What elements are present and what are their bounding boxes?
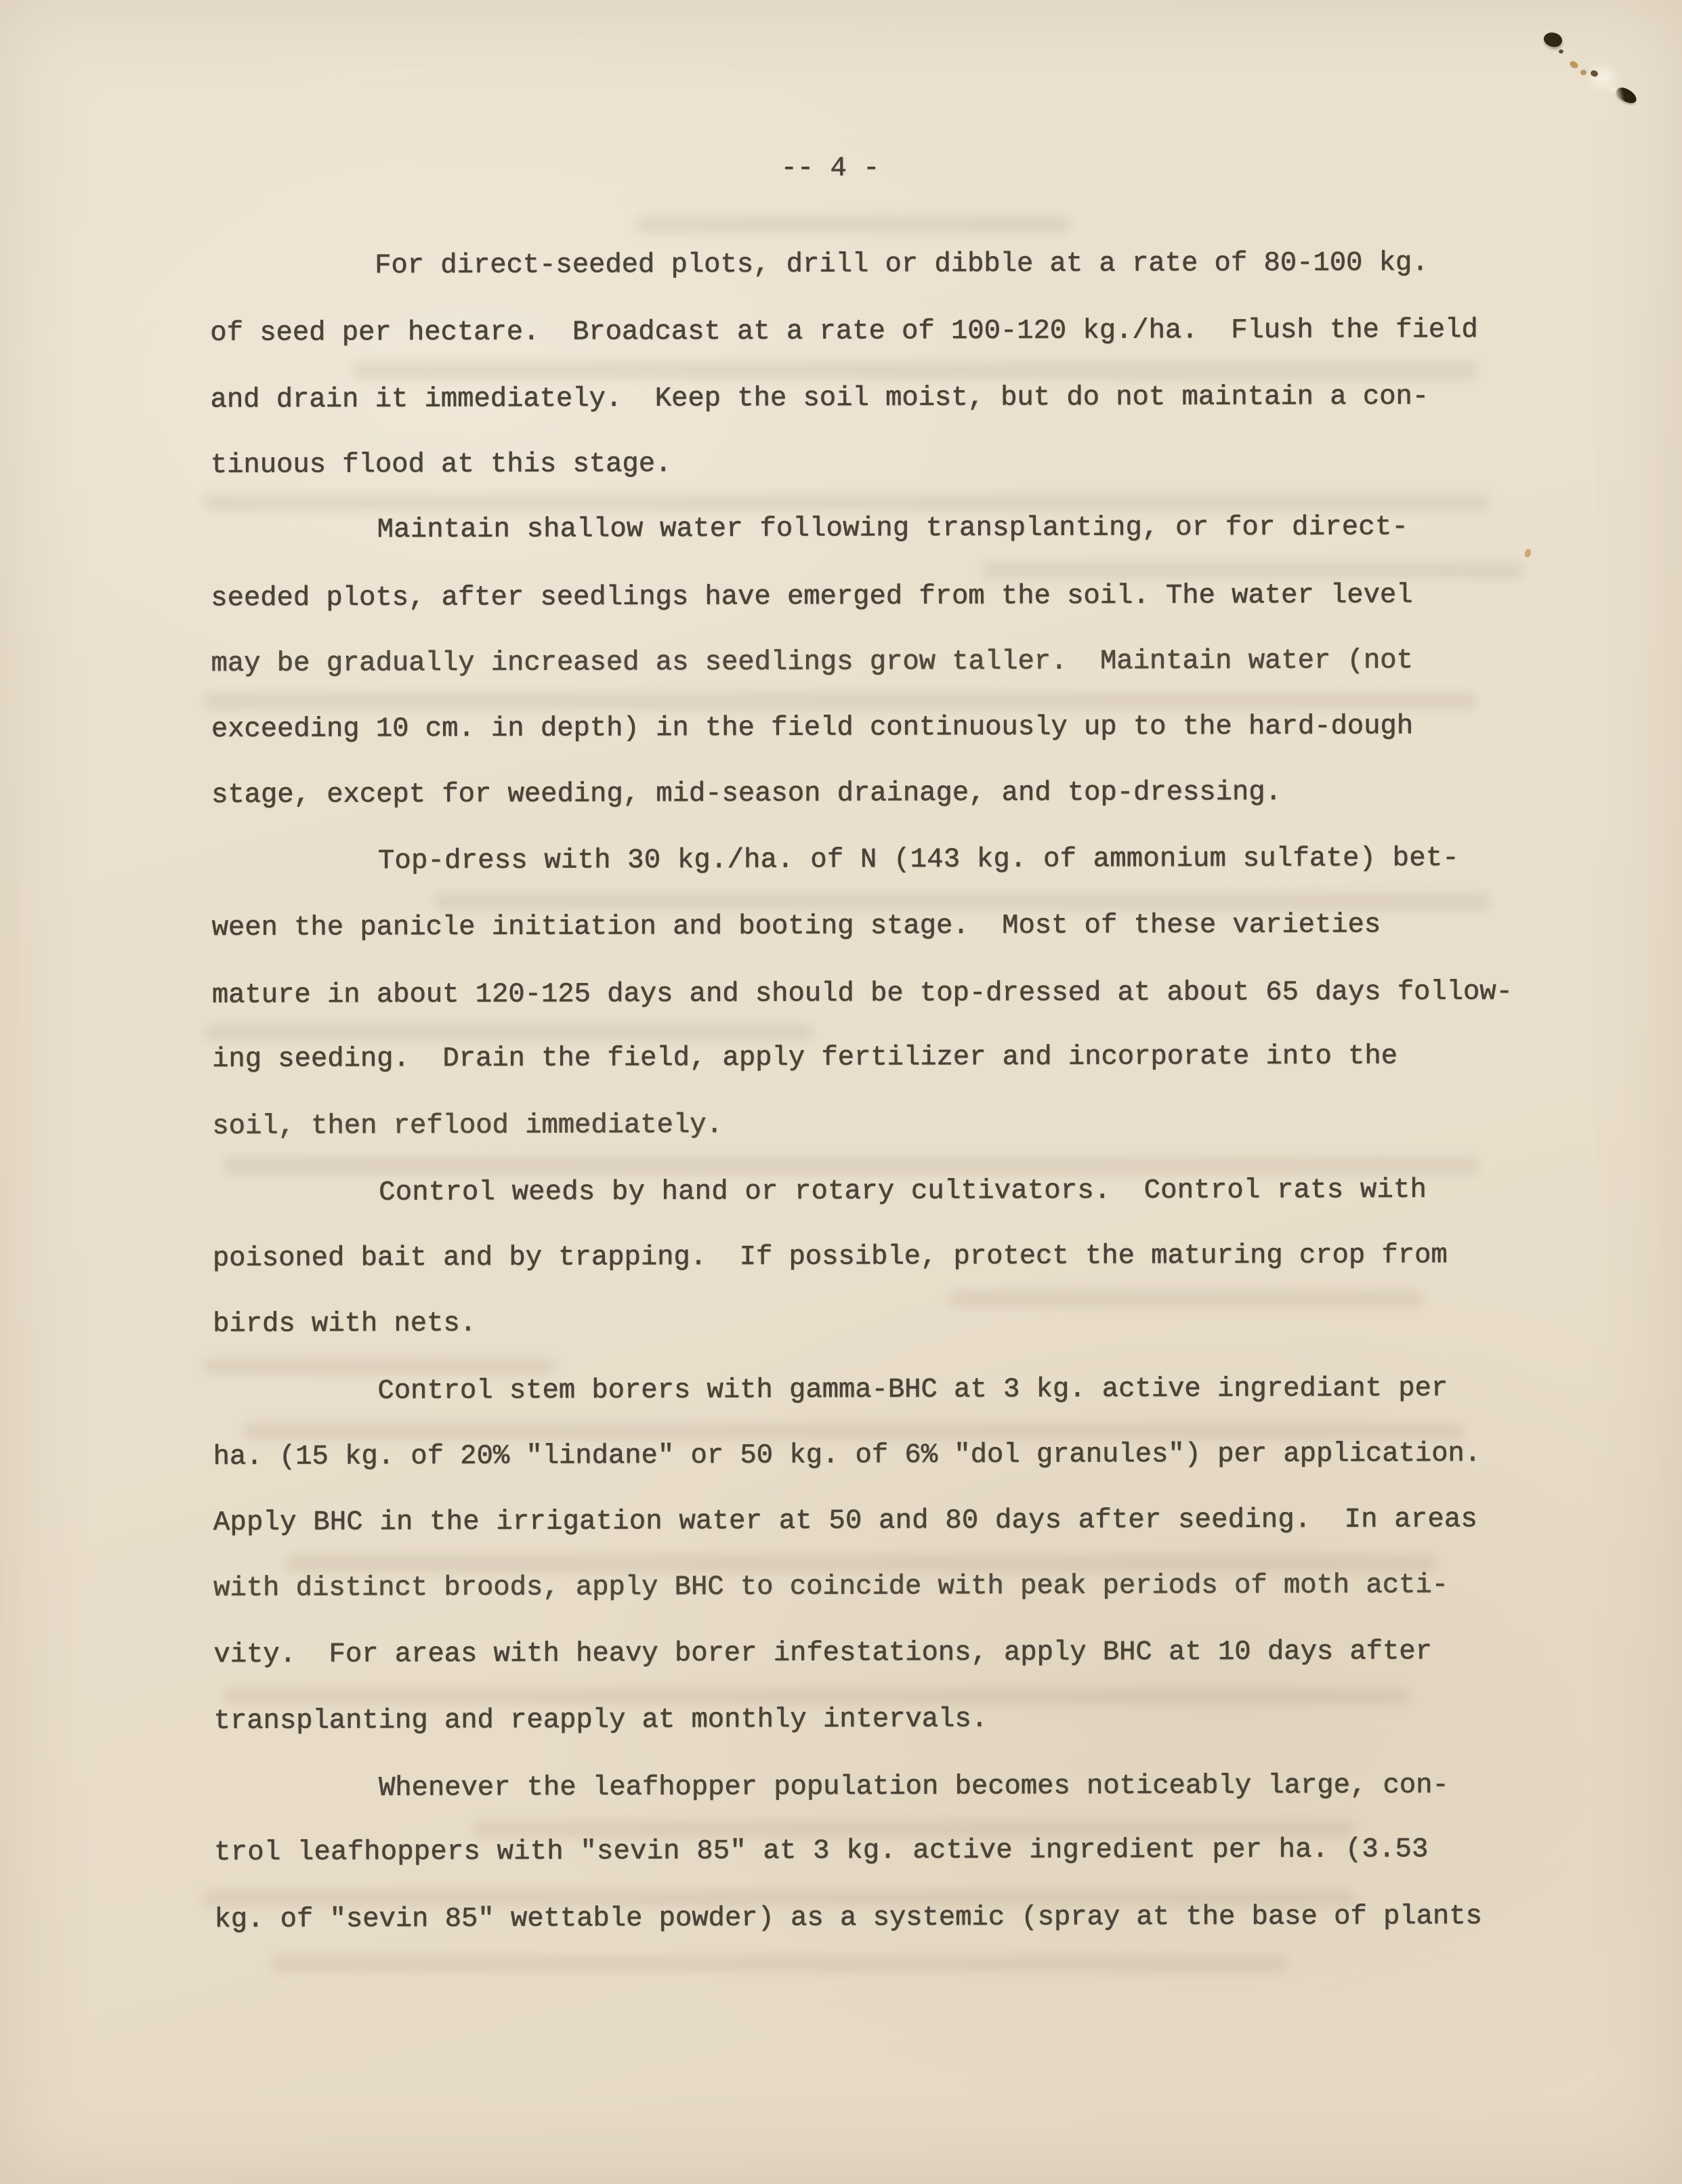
text-line: ween the panicle initiation and booting … [212, 892, 1513, 962]
text-line: birds with nets. [213, 1288, 1513, 1358]
text-line: of seed per hectare. Broadcast at a rate… [210, 297, 1511, 367]
text-line: may be gradually increased as seedlings … [211, 628, 1512, 698]
ink-smudge-highlight [1605, 83, 1618, 95]
page-number: -- 4 - [0, 153, 1671, 184]
text-line: Control weeds by hand or rotary cultivat… [213, 1158, 1513, 1227]
text-line: ing seeding. Drain the field, apply fert… [212, 1024, 1513, 1093]
text-line: poisoned bait and by trapping. If possib… [213, 1223, 1513, 1293]
ink-smudge-blob [1614, 84, 1639, 106]
text-line: exceeding 10 cm. in depth) in the field … [211, 694, 1512, 763]
text-line: mature in about 120-125 days and should … [212, 959, 1513, 1029]
text-line: Apply BHC in the irrigation water at 50 … [213, 1487, 1514, 1557]
text-line: soil, then reflood immediately. [212, 1091, 1513, 1160]
text-line: seeded plots, after seedlings have emerg… [211, 562, 1511, 632]
ink-smudge-dot [1559, 49, 1563, 54]
text-line: Top-dress with 30 kg./ha. of N (143 kg. … [211, 826, 1512, 896]
bleed-through-artifact [637, 215, 1070, 233]
document-body: For direct-seeded plots, drill or dibble… [210, 231, 1515, 1953]
text-line: with distinct broods, apply BHC to coinc… [213, 1553, 1514, 1622]
text-line: Control stem borers with gamma-BHC at 3 … [213, 1356, 1513, 1426]
text-line: tinuous flood at this stage. [211, 429, 1511, 499]
ink-smudge-dot [1590, 69, 1599, 77]
text-line: Whenever the leafhopper population becom… [214, 1752, 1515, 1822]
text-line: Maintain shallow water following transpl… [211, 495, 1511, 564]
text-line: kg. of "sevin 85" wettable powder) as a … [214, 1884, 1515, 1954]
text-line: vity. For areas with heavy borer infesta… [213, 1619, 1514, 1689]
text-line: trol leafhoppers with "sevin 85" at 3 kg… [214, 1817, 1515, 1887]
text-line: For direct-seeded plots, drill or dibble… [210, 230, 1511, 300]
paper-fleck [1523, 548, 1532, 558]
bleed-through-artifact [271, 1956, 1287, 1971]
ink-smudge-amber-dot [1580, 70, 1586, 75]
text-line: and drain it immediately. Keep the soil … [211, 364, 1511, 434]
scanned-document-page: { "document": { "page_number": "-- 4 -",… [0, 0, 1682, 2184]
text-line: ha. (15 kg. of 20% "lindane" or 50 kg. o… [213, 1421, 1514, 1491]
ink-smudge-amber-dot [1569, 60, 1580, 69]
ink-smudge-blob [1542, 29, 1564, 49]
text-line: transplanting and reapply at monthly int… [214, 1685, 1515, 1755]
ink-smudge-halo [1585, 62, 1620, 93]
text-line: stage, except for weeding, mid-season dr… [211, 759, 1512, 829]
